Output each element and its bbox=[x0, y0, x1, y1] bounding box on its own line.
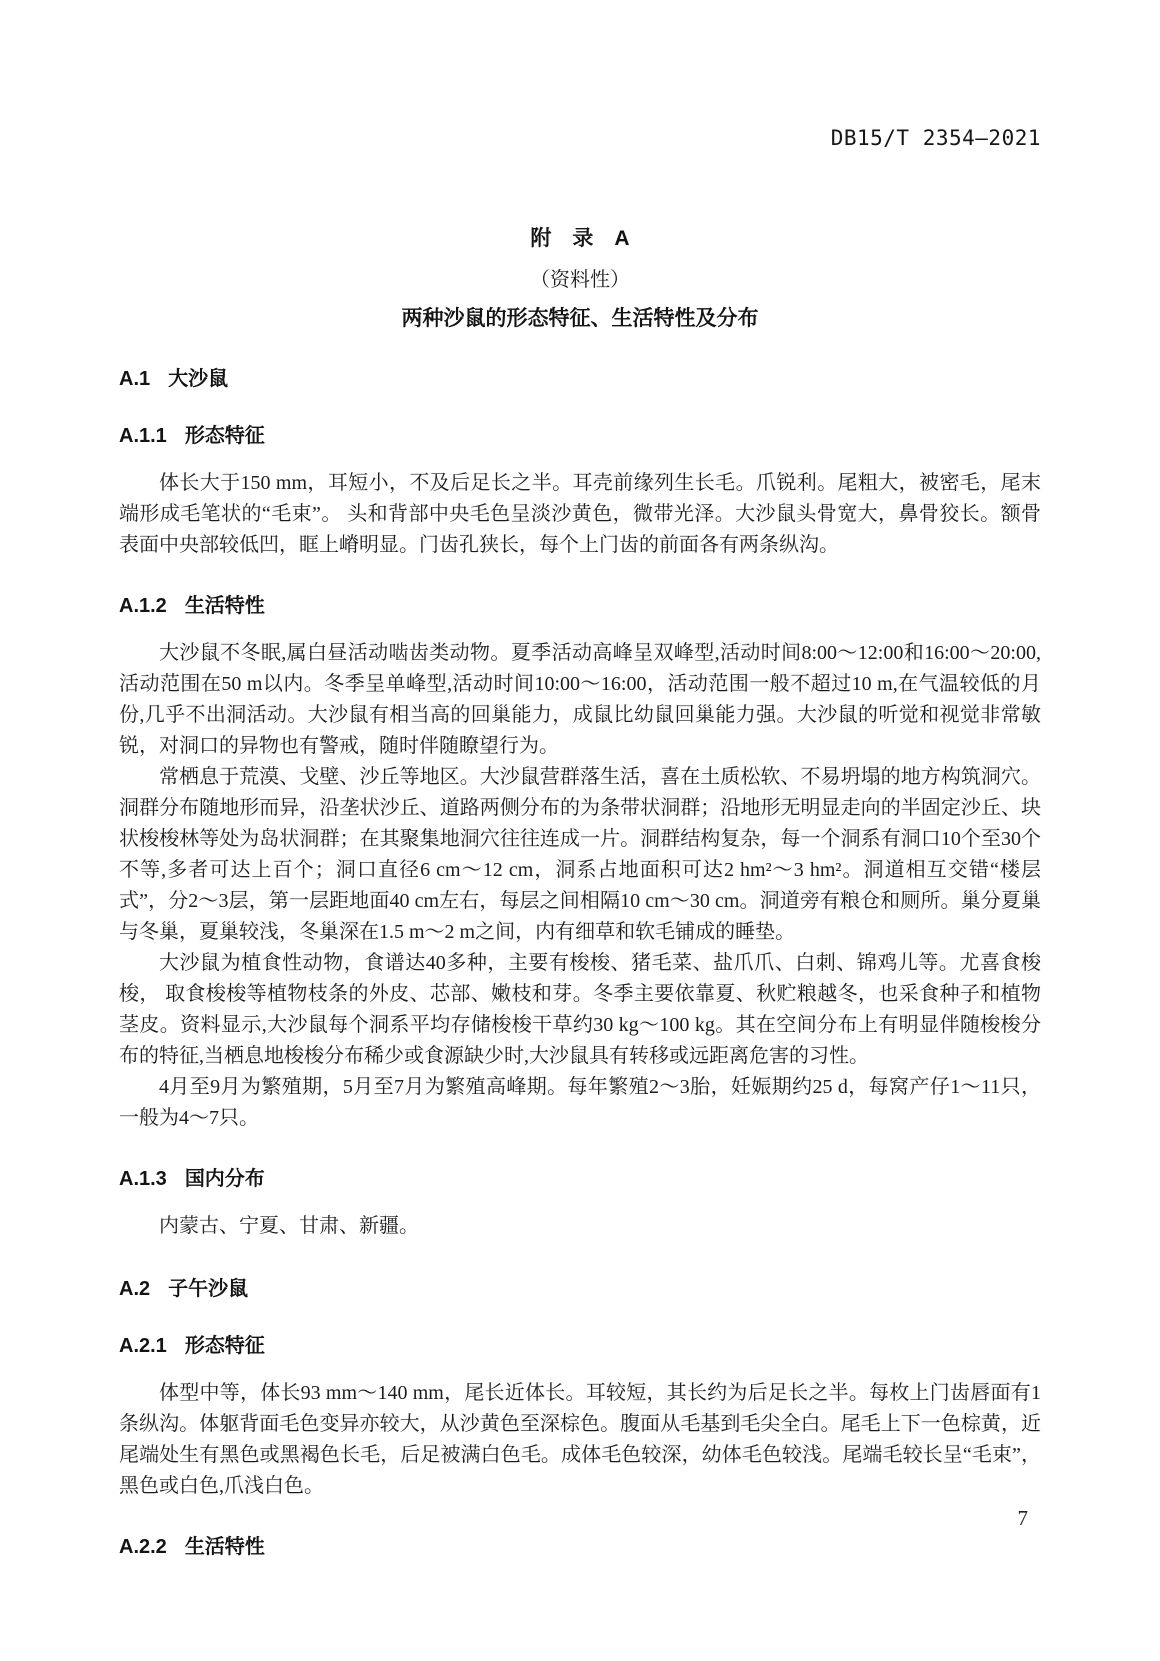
standard-number: DB15/T 2354—2021 bbox=[119, 0, 1041, 150]
a13-paragraph: 内蒙古、宁夏、甘肃、新疆。 bbox=[119, 1211, 1041, 1242]
heading-title: 国内分布 bbox=[185, 1168, 265, 1190]
a12-paragraph-2: 常栖息于荒漠、戈壁、沙丘等地区。大沙鼠营群落生活，喜在土质松软、不易坍塌的地方构… bbox=[119, 762, 1041, 948]
heading-number: A.1.1 bbox=[119, 425, 167, 447]
section-a11-heading: A.1.1形态特征 bbox=[119, 419, 1041, 448]
document-page-content: DB15/T 2354—2021 附 录 A （资料性） 两种沙鼠的形态特征、生… bbox=[119, 0, 1041, 1559]
heading-title: 形态特征 bbox=[185, 425, 265, 447]
appendix-label: 附 录 A bbox=[119, 222, 1041, 252]
a11-paragraph: 体长大于150 mm，耳短小，不及后足长之半。耳壳前缘列生长毛。爪锐利。尾粗大，… bbox=[119, 468, 1041, 561]
heading-title: 形态特征 bbox=[185, 1335, 265, 1357]
heading-number: A.1 bbox=[119, 368, 150, 390]
a12-paragraph-4: 4月至9月为繁殖期，5月至7月为繁殖高峰期。每年繁殖2～3胎，妊娠期约25 d，… bbox=[119, 1072, 1041, 1134]
heading-title: 生活特性 bbox=[185, 595, 265, 617]
a12-paragraph-1: 大沙鼠不冬眠,属白昼活动啮齿类动物。夏季活动高峰呈双峰型,活动时间8:00～12… bbox=[119, 638, 1041, 762]
appendix-note: （资料性） bbox=[119, 263, 1041, 292]
heading-number: A.1.2 bbox=[119, 595, 167, 617]
section-a21-heading: A.2.1形态特征 bbox=[119, 1329, 1041, 1358]
page-number: 7 bbox=[1018, 1506, 1029, 1531]
section-a12-heading: A.1.2生活特性 bbox=[119, 589, 1041, 618]
heading-number: A.2 bbox=[119, 1278, 150, 1300]
heading-number: A.2.1 bbox=[119, 1335, 167, 1357]
section-a2-heading: A.2子午沙鼠 bbox=[119, 1272, 1041, 1301]
heading-number: A.1.3 bbox=[119, 1168, 167, 1190]
heading-title: 大沙鼠 bbox=[168, 368, 228, 390]
heading-number: A.2.2 bbox=[119, 1536, 167, 1558]
a12-paragraph-3: 大沙鼠为植食性动物，食谱达40多种，主要有梭梭、猪毛菜、盐爪爪、白刺、锦鸡儿等。… bbox=[119, 948, 1041, 1072]
section-a22-heading: A.2.2生活特性 bbox=[119, 1530, 1041, 1559]
section-a13-heading: A.1.3国内分布 bbox=[119, 1162, 1041, 1191]
a21-paragraph: 体型中等，体长93 mm～140 mm，尾长近体长。耳较短，其长约为后足长之半。… bbox=[119, 1378, 1041, 1502]
section-a1-heading: A.1大沙鼠 bbox=[119, 362, 1041, 391]
heading-title: 子午沙鼠 bbox=[168, 1278, 248, 1300]
heading-title: 生活特性 bbox=[185, 1536, 265, 1558]
appendix-title: 两种沙鼠的形态特征、生活特性及分布 bbox=[119, 302, 1041, 332]
